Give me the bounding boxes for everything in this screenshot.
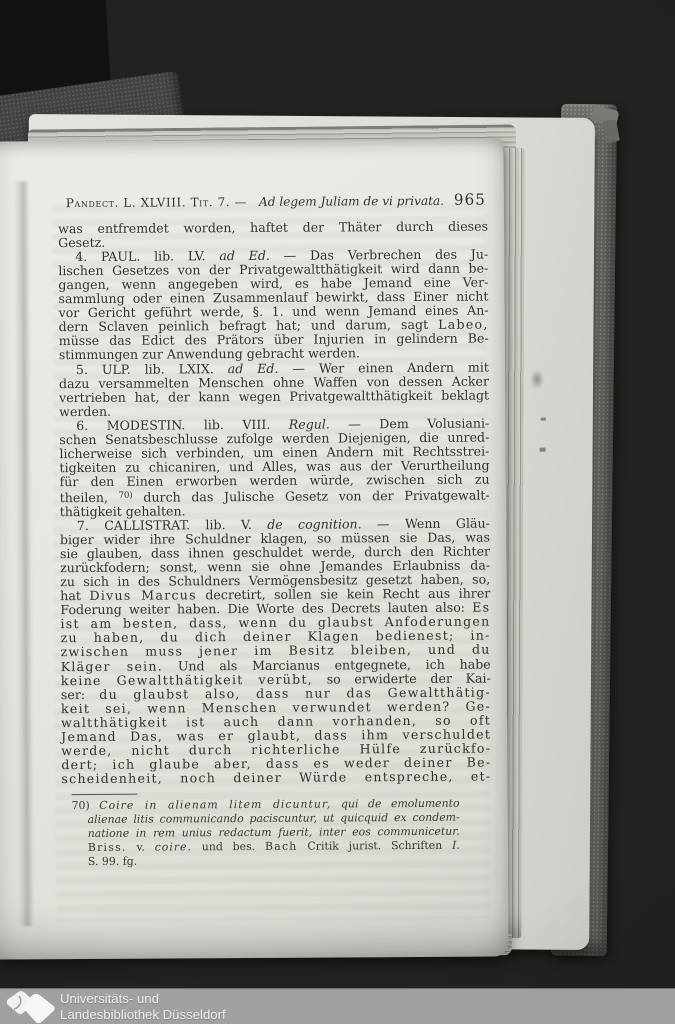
- page-smudge: [530, 370, 544, 390]
- text-line: theilen, 70) durch das Julische Gesetz v…: [60, 486, 490, 505]
- header-page-number: 965: [454, 193, 486, 207]
- text-line: S. 99. fg.: [88, 854, 460, 870]
- footnote-rule: [71, 794, 137, 795]
- header-series: Pandect. L. XLVIII. Tit. 7. —: [66, 195, 247, 210]
- library-footer-bar: Universitäts- und Landesbibliothek Düsse…: [0, 988, 675, 1024]
- header-left: Pandect. L. XLVIII. Tit. 7. — Ad legem J…: [66, 194, 444, 210]
- library-name: Universitäts- und Landesbibliothek Düsse…: [60, 991, 226, 1023]
- header-section-title: Ad legem Juliam de vi privata.: [259, 194, 444, 209]
- library-logo-icon: [2, 990, 58, 1023]
- page-speck: [540, 448, 546, 452]
- cover-fray: [602, 119, 620, 143]
- library-name-line1: Universitäts- und: [60, 991, 226, 1007]
- scanned-page: Pandect. L. XLVIII. Tit. 7. — Ad legem J…: [0, 138, 508, 959]
- footnote-text: 70) Coire in alienam litem dicuntur, qui…: [72, 798, 460, 871]
- body-text: was entfremdet worden, haftet der Thäter…: [58, 220, 491, 786]
- library-name-line2: Landesbibliothek Düsseldorf: [60, 1007, 226, 1023]
- text-line: vertrieben hat, der kann wegen Privatgew…: [59, 388, 489, 405]
- page-gutter-shadow: [14, 181, 35, 926]
- text-line: scheidenheit, noch deiner Würde entsprec…: [61, 769, 491, 786]
- page-speck: [541, 418, 546, 421]
- page-text: Pandect. L. XLVIII. Tit. 7. — Ad legem J…: [58, 193, 492, 871]
- running-header: Pandect. L. XLVIII. Tit. 7. — Ad legem J…: [58, 193, 488, 211]
- book: Pandect. L. XLVIII. Tit. 7. — Ad legem J…: [0, 0, 675, 1024]
- photo-background: Pandect. L. XLVIII. Tit. 7. — Ad legem J…: [0, 0, 675, 1024]
- text-line: was entfremdet worden, haftet der Thäter…: [58, 220, 488, 237]
